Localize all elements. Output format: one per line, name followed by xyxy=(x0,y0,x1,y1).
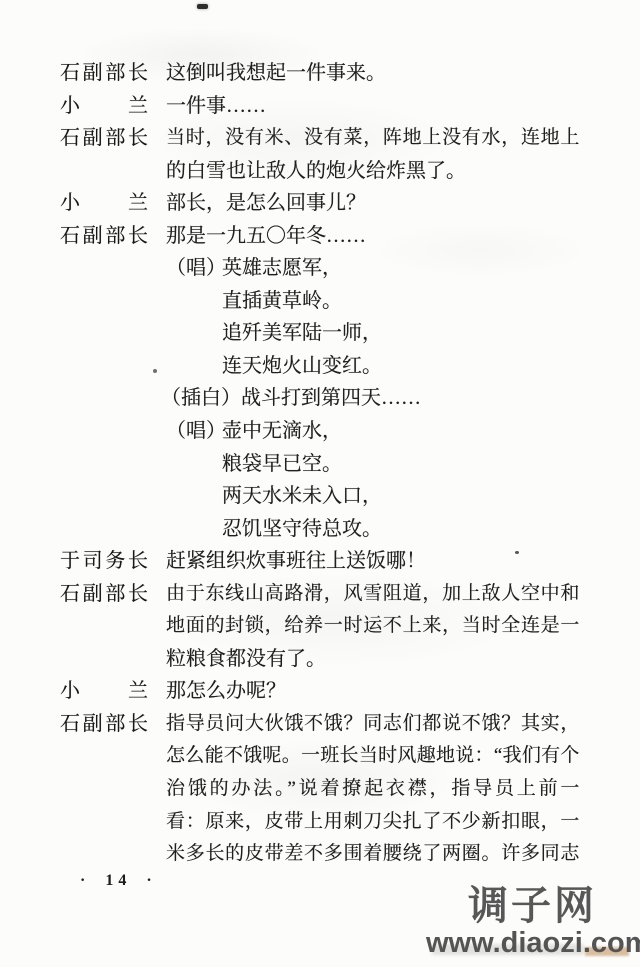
speaker-name: 小 兰 xyxy=(60,675,148,708)
line-text: 的白雪也让敌人的炮火给炸黑了。 xyxy=(166,155,466,188)
speaker-name xyxy=(60,643,148,676)
script-line: 两天水米未入口， xyxy=(60,480,590,513)
script-line: 的白雪也让敌人的炮火给炸黑了。 xyxy=(60,155,590,188)
speaker-name: 石副部长 xyxy=(60,708,148,741)
script-line: 石副部长那是一九五〇年冬…… xyxy=(60,220,590,253)
line-text: 治饿的办法。”说着撩起衣襟，指导员上前一 xyxy=(166,773,579,806)
speaker-name xyxy=(60,415,148,448)
line-content: 粒粮食都没有了。 xyxy=(166,643,590,676)
line-content: 追歼美军陆一师， xyxy=(166,317,590,350)
script-line: 米多长的皮带差不多围着腰绕了两圈。许多同志 xyxy=(60,838,590,871)
speaker-name xyxy=(60,350,148,383)
lyric-line: 壶中无滴水， xyxy=(222,415,342,448)
script-line: 石副部长当时，没有米、没有菜，阵地上没有水，连地上 xyxy=(60,122,590,155)
speaker-name: 小 兰 xyxy=(60,187,148,220)
line-content: （唱）英雄志愿军， xyxy=(166,252,590,285)
script-line: （插白）战斗打到第四天…… xyxy=(60,382,590,415)
speaker-name xyxy=(60,806,148,839)
lyric-line: 直插黄草岭。 xyxy=(222,285,342,318)
line-content: 的白雪也让敌人的炮火给炸黑了。 xyxy=(166,155,590,188)
line-content: 两天水米未入口， xyxy=(166,480,590,513)
line-text: 地面的封锁，给养一时运不上来，当时全连是一 xyxy=(166,610,579,643)
line-text: 怎么能不饿呢。一班长当时风趣地说：“我们有个 xyxy=(166,740,579,773)
line-content: 那是一九五〇年冬…… xyxy=(166,220,590,253)
lyric-line: 粮袋早已空。 xyxy=(222,448,342,481)
line-content: 这倒叫我想起一件事来。 xyxy=(166,57,590,90)
script-line: 石副部长由于东线山高路滑，风雪阻道，加上敌人空中和 xyxy=(60,578,590,611)
line-content: 看：原来，皮带上用刺刀尖扎了不少新扣眼，一 xyxy=(166,806,590,839)
line-content: 一件事…… xyxy=(166,90,590,123)
script-line: 石副部长指导员问大伙饿不饿？同志们都说不饿？其实， xyxy=(60,708,590,741)
line-content: （插白）战斗打到第四天…… xyxy=(161,382,590,415)
lyric-line: 英雄志愿军， xyxy=(222,252,342,285)
line-content: 忍饥坚守待总攻。 xyxy=(166,513,590,546)
script-line: 追歼美军陆一师， xyxy=(60,317,590,350)
line-text: 赶紧组织炊事班往上送饭哪！ xyxy=(166,545,426,578)
lyric-line: 连天炮火山变红。 xyxy=(222,350,382,383)
speaker-name xyxy=(60,252,148,285)
speaker-name xyxy=(60,448,148,481)
script-line: 怎么能不饿呢。一班长当时风趣地说：“我们有个 xyxy=(60,740,590,773)
speaker-name: 石副部长 xyxy=(60,220,148,253)
line-content: 赶紧组织炊事班往上送饭哪！ xyxy=(166,545,590,578)
line-content: 那怎么办呢？ xyxy=(166,675,590,708)
speaker-name: 于司务长 xyxy=(60,545,148,578)
watermark-site-url: www.diaozi.com xyxy=(426,929,640,958)
line-text: 那是一九五〇年冬…… xyxy=(166,220,366,253)
speaker-name xyxy=(60,317,148,350)
speaker-name xyxy=(60,838,148,871)
line-text: 看：原来，皮带上用刺刀尖扎了不少新扣眼，一 xyxy=(166,806,579,839)
script-line: 于司务长赶紧组织炊事班往上送饭哪！ xyxy=(60,545,590,578)
line-text: 粒粮食都没有了。 xyxy=(166,643,326,676)
line-text: 由于东线山高路滑，风雪阻道，加上敌人空中和 xyxy=(166,578,579,611)
lyric-line: 追歼美军陆一师， xyxy=(222,317,382,350)
lyric-line: 两天水米未入口， xyxy=(222,480,382,513)
script-line: 粮袋早已空。 xyxy=(60,448,590,481)
line-content: 米多长的皮带差不多围着腰绕了两圈。许多同志 xyxy=(166,838,590,871)
stage-direction-tag: （插白） xyxy=(161,382,241,415)
script-line: 看：原来，皮带上用刺刀尖扎了不少新扣眼，一 xyxy=(60,806,590,839)
script-body: 石副部长这倒叫我想起一件事来。小 兰一件事……石副部长当时，没有米、没有菜，阵地… xyxy=(60,57,590,871)
script-line: 忍饥坚守待总攻。 xyxy=(60,513,590,546)
script-line: （唱）壶中无滴水， xyxy=(60,415,590,448)
line-content: 直插黄草岭。 xyxy=(166,285,590,318)
script-line: 粒粮食都没有了。 xyxy=(60,643,590,676)
speaker-name: 石副部长 xyxy=(60,578,148,611)
ink-speck xyxy=(197,4,208,9)
lyric-line: 忍饥坚守待总攻。 xyxy=(222,513,382,546)
speaker-name xyxy=(60,740,148,773)
speaker-name: 小 兰 xyxy=(60,90,148,123)
watermark-site-name: 调子网 xyxy=(468,886,597,926)
line-text: 指导员问大伙饿不饿？同志们都说不饿？其实， xyxy=(166,708,579,741)
line-text: 部长，是怎么回事儿？ xyxy=(166,187,366,220)
line-text: 那怎么办呢？ xyxy=(166,675,286,708)
line-content: 粮袋早已空。 xyxy=(166,448,590,481)
speaker-name xyxy=(60,480,148,513)
line-content: （唱）壶中无滴水， xyxy=(166,415,590,448)
speaker-name: 石副部长 xyxy=(60,122,148,155)
speaker-name: 石副部长 xyxy=(60,57,148,90)
script-line: 小 兰部长，是怎么回事儿？ xyxy=(60,187,590,220)
script-line: 石副部长这倒叫我想起一件事来。 xyxy=(60,57,590,90)
stage-direction-tag: （唱） xyxy=(166,415,222,448)
script-line: 小 兰那怎么办呢？ xyxy=(60,675,590,708)
speaker-name xyxy=(60,773,148,806)
speaker-name xyxy=(60,610,148,643)
page-number: · 14 · xyxy=(80,872,157,890)
speaker-name xyxy=(60,155,148,188)
stage-direction-tag: （唱） xyxy=(166,252,222,285)
line-text: 这倒叫我想起一件事来。 xyxy=(166,57,386,90)
line-content: 怎么能不饿呢。一班长当时风趣地说：“我们有个 xyxy=(166,740,590,773)
script-line: 连天炮火山变红。 xyxy=(60,350,590,383)
line-content: 地面的封锁，给养一时运不上来，当时全连是一 xyxy=(166,610,590,643)
line-content: 连天炮火山变红。 xyxy=(166,350,590,383)
line-content: 当时，没有米、没有菜，阵地上没有水，连地上 xyxy=(166,122,590,155)
line-content: 部长，是怎么回事儿？ xyxy=(166,187,590,220)
line-content: 指导员问大伙饿不饿？同志们都说不饿？其实， xyxy=(166,708,590,741)
script-line: 小 兰一件事…… xyxy=(60,90,590,123)
script-line: 治饿的办法。”说着撩起衣襟，指导员上前一 xyxy=(60,773,590,806)
line-text: 战斗打到第四天…… xyxy=(241,382,421,415)
speaker-name xyxy=(60,285,148,318)
line-content: 由于东线山高路滑，风雪阻道，加上敌人空中和 xyxy=(166,578,590,611)
script-line: 地面的封锁，给养一时运不上来，当时全连是一 xyxy=(60,610,590,643)
script-line: （唱）英雄志愿军， xyxy=(60,252,590,285)
line-text: 一件事…… xyxy=(166,90,266,123)
speaker-name xyxy=(60,382,148,415)
line-text: 米多长的皮带差不多围着腰绕了两圈。许多同志 xyxy=(166,838,579,871)
line-text: 当时，没有米、没有菜，阵地上没有水，连地上 xyxy=(166,122,579,155)
speaker-name xyxy=(60,513,148,546)
line-content: 治饿的办法。”说着撩起衣襟，指导员上前一 xyxy=(166,773,590,806)
script-line: 直插黄草岭。 xyxy=(60,285,590,318)
scanned-script-page: 石副部长这倒叫我想起一件事来。小 兰一件事……石副部长当时，没有米、没有菜，阵地… xyxy=(0,0,640,967)
